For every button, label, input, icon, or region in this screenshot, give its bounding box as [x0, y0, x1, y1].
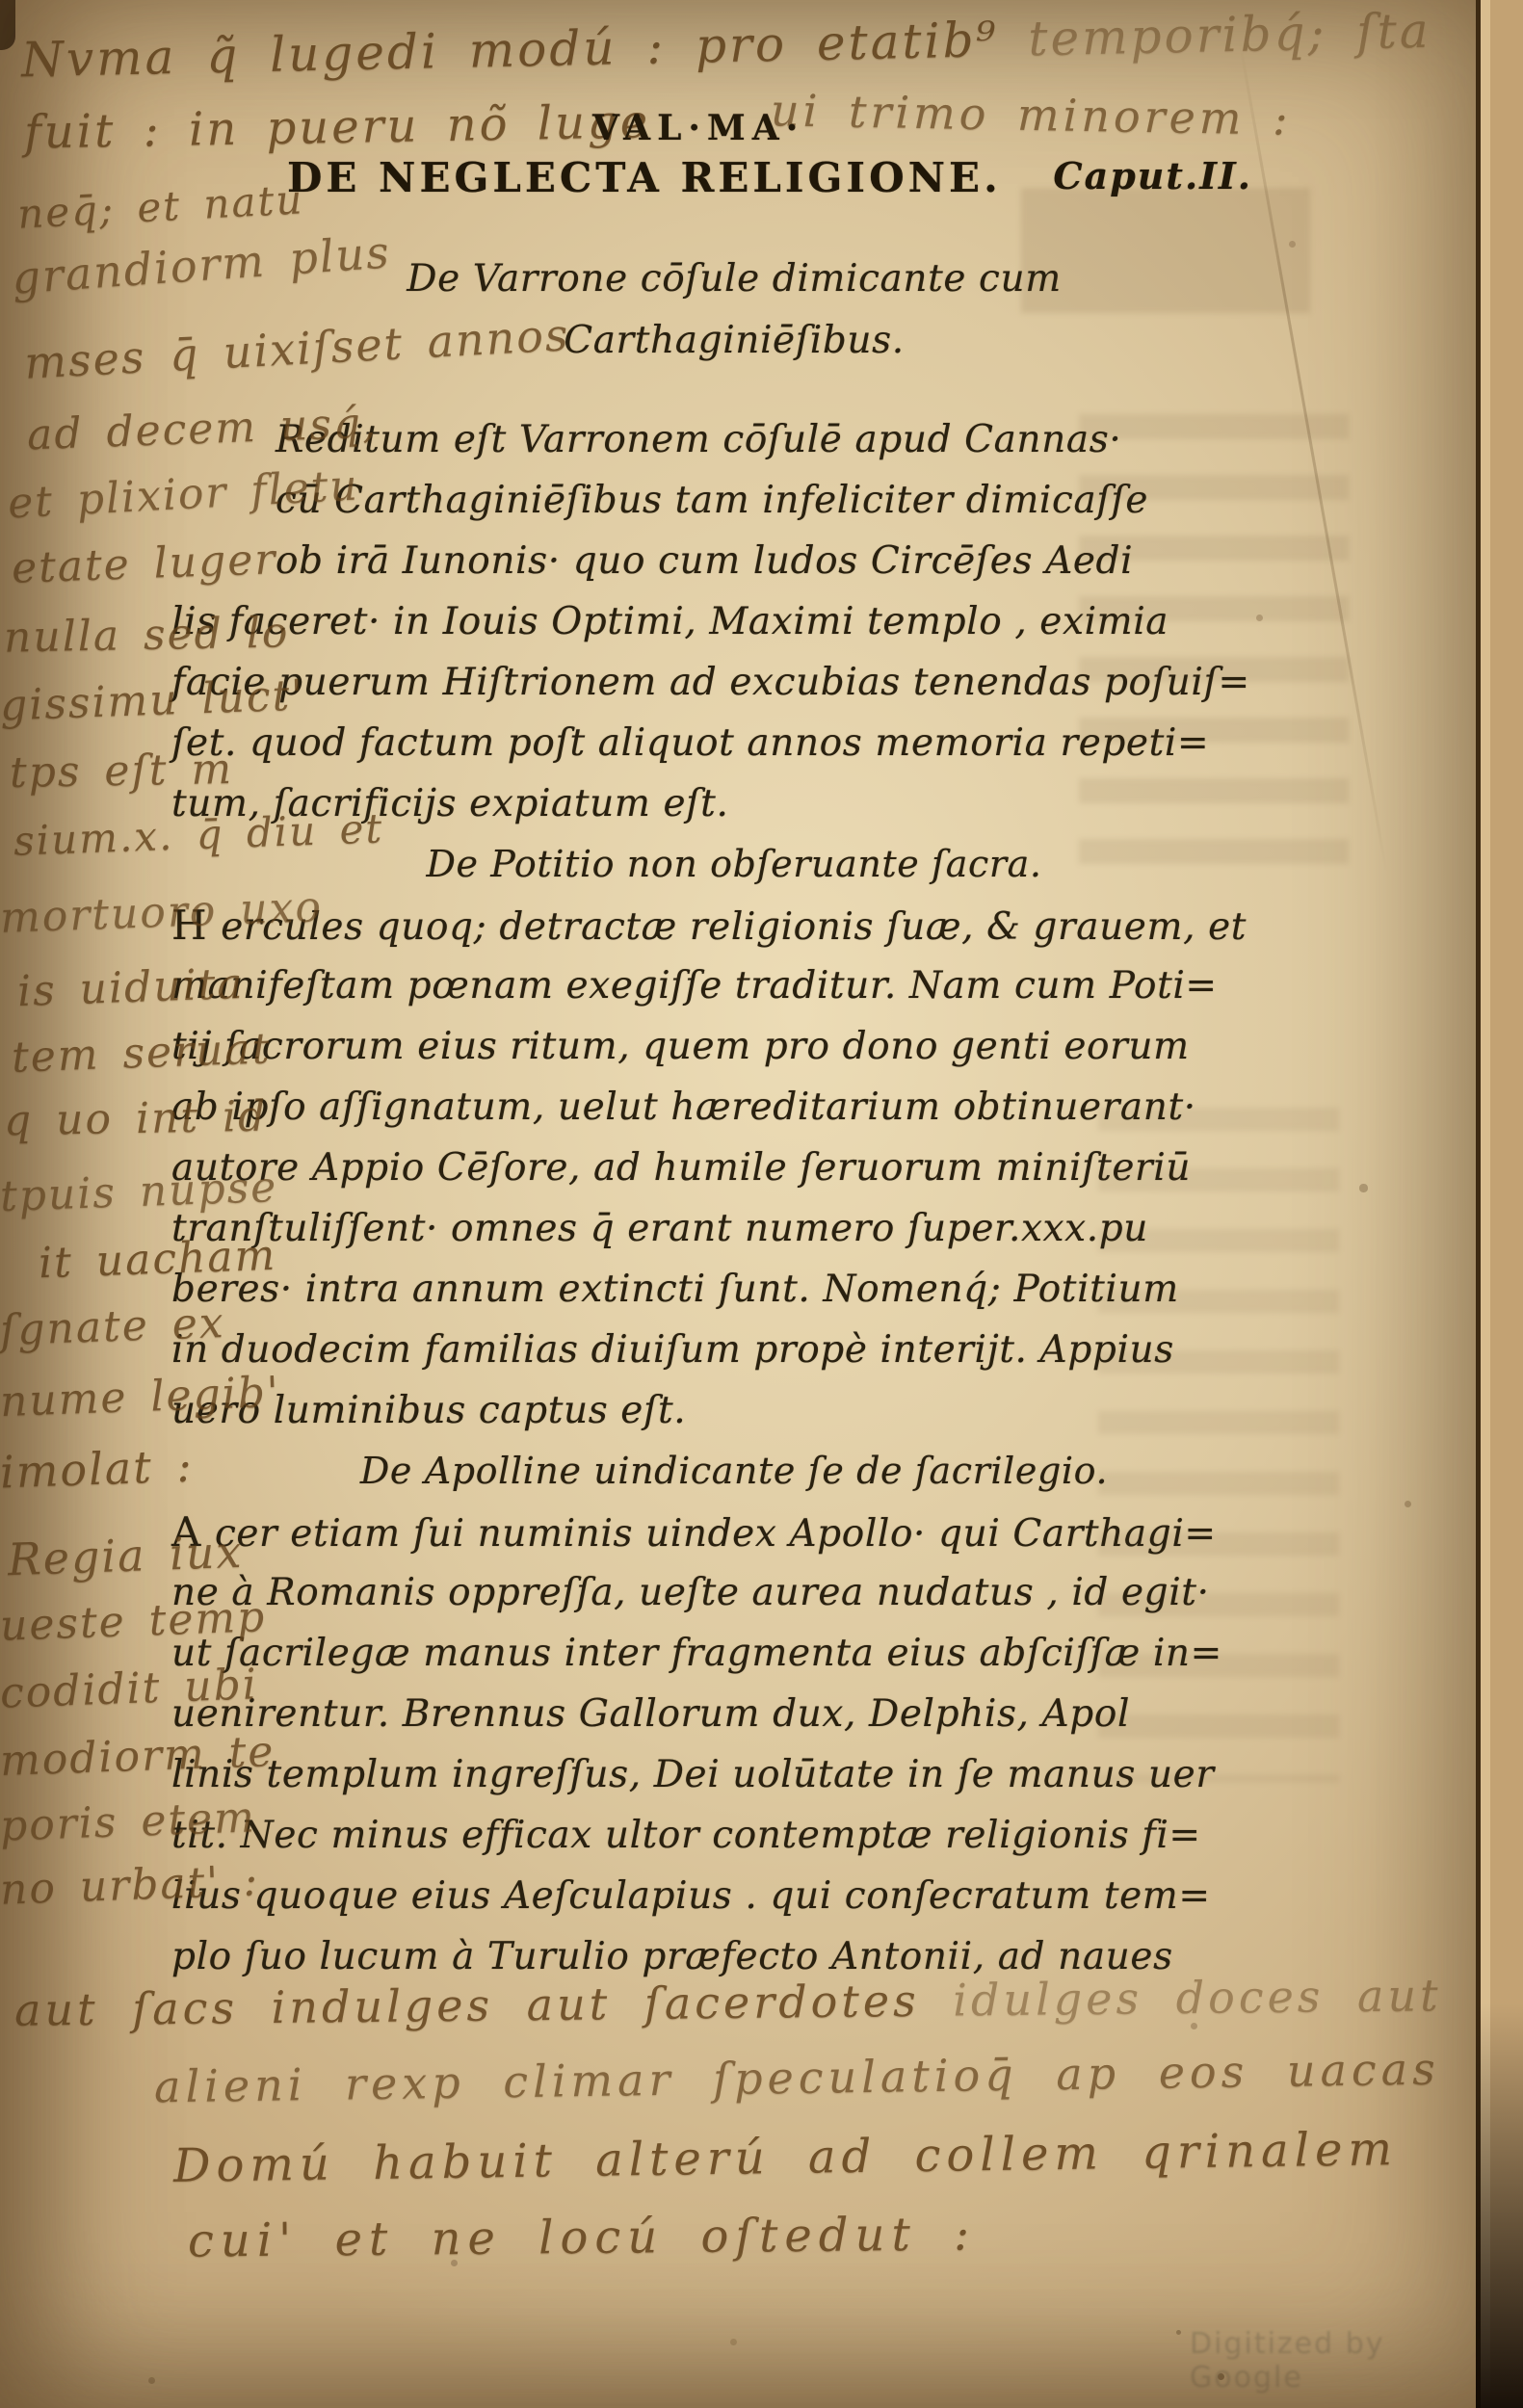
printed-text-block: Reditum eſt Varronem cōſulē apud Cannas·… [171, 409, 1297, 1987]
printed-text-line: manifeſtam pœnam exegiſſe traditur. Nam … [171, 955, 1297, 1016]
margin-note: nume legib' [0, 1368, 281, 1426]
section-heading: De Apolline uindicante ſe de ſacrilegio. [171, 1441, 1297, 1502]
margin-note: poris etem [0, 1793, 257, 1850]
page-corner-shadow [0, 0, 15, 50]
margin-note: etate luger [11, 535, 277, 593]
margin-note: is uiduita [16, 959, 245, 1016]
marginalia-top-line: fuit : in pueru nõ luge [24, 94, 651, 159]
printed-text-line: in duodecim familias diuiſum propè inter… [171, 1320, 1297, 1380]
marginalia-top-line: Nvma q̃ lugedi modú : pro etatib⁹ tempor… [21, 3, 1432, 89]
marginalia-bottom-line: cui' et ne locú oſtedut : [188, 2207, 977, 2267]
printed-text-line: uenirentur. Brennus Gallorum dux, Delphi… [171, 1684, 1297, 1744]
margin-note: it uacham [38, 1231, 277, 1289]
marginalia-text: Nvma q̃ lugedi modú : pro etatib⁹ [21, 11, 1029, 88]
printed-text-line: lis faceret· in Iouis Optimi, Maximi tem… [171, 591, 1297, 652]
margin-note: nulla sed lo [4, 608, 290, 662]
binding-shadow [1476, 2003, 1523, 2408]
margin-note: q uo int id [4, 1092, 268, 1146]
printed-text-line: autore Appio Cēſore, ad humile ſeruorum … [171, 1138, 1297, 1198]
printed-text-line: tranſtuliſſent· omnes q̄ erant numero ſu… [171, 1198, 1297, 1259]
margin-note: ſgnate ex [0, 1298, 225, 1355]
printed-text-line: tij ſacrorum eius ritum, quem pro dono g… [171, 1016, 1297, 1077]
printed-text-line: ab ipſo aſſignatum, uelut hæreditarium o… [171, 1077, 1297, 1138]
printed-text-line: ne à Romanis oppreſſa, ueſte aurea nudat… [171, 1562, 1297, 1623]
margin-note: codidit ubi [0, 1660, 259, 1717]
book-edge [1476, 0, 1523, 2408]
printed-text-line: tit. Nec minus efficax ultor contemptæ r… [171, 1805, 1297, 1866]
printed-text-line: ut ſacrilegæ manus inter fragmenta eius … [171, 1623, 1297, 1684]
printed-text-line: Hercules quoq; detractæ religionis ſuæ, … [171, 895, 1297, 955]
marginalia-text: aut ſacs indulges aut ſacerdotes [14, 1975, 954, 2036]
digitization-watermark: Digitized by Google [1190, 2327, 1476, 2395]
printed-text-line: uero luminibus captus eſt. [171, 1380, 1297, 1441]
chapter-number: Caput.II. [1053, 154, 1252, 201]
margin-note: Regia iux [7, 1526, 244, 1585]
marginalia-bottom-line: alieni rexp climar ſpeculatioq̄ ap eos u… [154, 2043, 1440, 2113]
margin-note: tpuis nupse [0, 1163, 278, 1221]
printed-text-line: lius quoque eius Aeſculapius . qui conſe… [171, 1866, 1297, 1926]
printed-text-line: linis templum ingreſſus, Dei uolūtate in… [171, 1744, 1297, 1805]
printed-text-line: Acer etiam ſui numinis uindex Apollo· qu… [171, 1502, 1297, 1562]
margin-note: neq̄; et natu [16, 175, 305, 237]
margin-note: modiorm te [0, 1727, 276, 1786]
printed-text-line: ſet. quod factum poſt aliquot annos memo… [171, 713, 1297, 773]
marginalia-text-faded: idulges doces aut [953, 1969, 1442, 2026]
book-page-scan: Nvma q̃ lugedi modú : pro etatib⁹ tempor… [0, 0, 1523, 2408]
marginalia-top-line: ui trimo minorem : [771, 84, 1293, 144]
marginalia-text-faded: temporibq́; ſta [1028, 3, 1431, 67]
chapter-title: DE NEGLECTA RELIGIONE. [287, 154, 1002, 201]
margin-note: tem seruat [11, 1024, 272, 1082]
margin-note: imolat : [0, 1440, 195, 1499]
margin-note: no urbat' : [0, 1856, 260, 1914]
printed-text-line: ob irā Iunonis· quo cum ludos Circēſes A… [171, 531, 1297, 591]
printed-text-line: beres· intra annum extincti ſunt. Nomenq… [171, 1259, 1297, 1320]
margin-note: tps eſt m [10, 745, 234, 798]
page: Nvma q̃ lugedi modú : pro etatib⁹ tempor… [0, 0, 1476, 2408]
printed-text-line: facie puerum Hiſtrionem ad excubias tene… [171, 652, 1297, 713]
margin-note: ueste temp [0, 1592, 267, 1651]
marginalia-bottom-line: Domú habuit alterú ad collem qrinalem [173, 2122, 1399, 2193]
running-title: VAL·MA· [592, 108, 804, 148]
chapter-heading-row: DE NEGLECTA RELIGIONE. Caput.II. [171, 154, 1297, 201]
